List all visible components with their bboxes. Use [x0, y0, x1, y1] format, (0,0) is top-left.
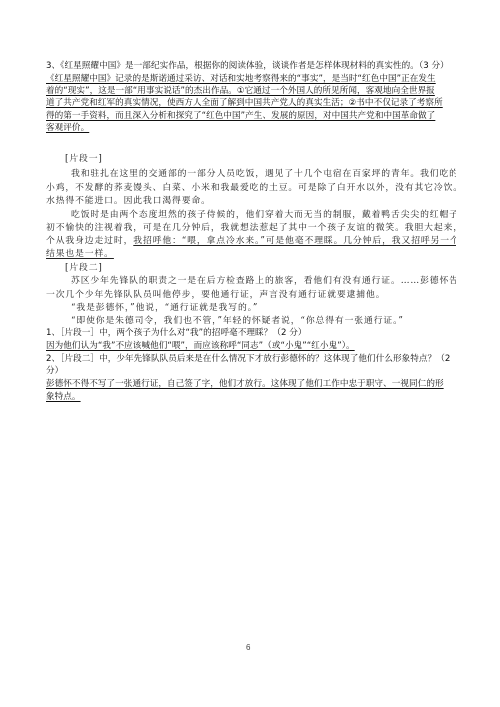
excerpt-2-line: 一次几个少年先锋队队员叫他停步，要他通行证，声言没有通行证就要逮捕他。 [46, 289, 456, 301]
excerpt-1-line: 水热得不能进口。因此我口渴得要命。 [46, 195, 456, 207]
excerpt-2-line: “即使你是朱德司令，我们也不管，”年轻的怀疑者说，“你总得有一张通行证。” [71, 315, 456, 327]
question-2-prompt-cont: 分） [46, 365, 456, 377]
excerpt-1-line: 吃饭时是由两个态度坦然的孩子侍候的，他们穿着大而无当的制服，戴着鸭舌尖尖的红帽子… [71, 209, 456, 221]
question-3-answer-line: 得的第一手资料，而且深入分析和探究了“红色中国”产生、发展的原因，对中国共产党和… [46, 110, 456, 122]
excerpt-1-line: 初不愉快的注视着我，可是在几分钟后，我就想法惹起了其中一个孩子友谊的微笑。我胆大… [46, 222, 456, 234]
question-2-answer-cont: 象特点。 [46, 391, 456, 403]
document-page: 3、《红星照耀中国》是一部纪实作品，根据你的阅读体验，谈谈作者是怎样体现材料的真… [0, 0, 500, 707]
excerpt-1-line: 小鸡，不发酵的荞麦馒头、白菜、小米和我最爱吃的土豆。可是除了白开水以外，没有其它… [46, 182, 456, 194]
excerpt-1-line: 我和驻扎在这里的交通部的一部分人员吃饭，遇见了十几个屯宿在百家坪的青年。我们吃的… [71, 168, 456, 180]
question-2-prompt: 2、［片段二］中，少年先锋队队员后来是在什么情况下才放行彭德怀的？这体现了他们什… [46, 353, 456, 365]
excerpt-2-line: 苏区少年先锋队的职责之一是在后方检查路上的旅客，看他们有没有通行证。……彭德怀告… [71, 275, 456, 287]
question-3-prompt: 3、《红星照耀中国》是一部纪实作品，根据你的阅读体验，谈谈作者是怎样体现材料的真… [46, 60, 456, 72]
question-3-answer-line: 着的“现实”，这是一部“用事实说话”的杰出作品。①它通过一个外国人的所见所闻，客… [46, 85, 456, 97]
question-3-answer-line: 《红星照耀中国》记录的是斯诺通过采访、对话和实地考察得来的“事实”，是当时“红色… [46, 73, 456, 85]
question-2-answer: 彭德怀不得不写了一张通行证，自己签了字，他们才放行。这体现了他们工作中忠于职守、… [46, 378, 456, 390]
question-3-answer-line: 客观评价。 [46, 122, 456, 134]
excerpt-2-line: “我是彭德怀，”他说，“通行证就是我写的。” [71, 302, 456, 314]
excerpt-1-line: 结果也是一样。 [46, 248, 456, 260]
excerpt-1-line-6-underlined: 我招呼他：“喂，拿点冷水来。”可是他毫不理睬。几分钟后，我又招呼另一个孩子， [133, 236, 456, 246]
excerpt-1-line-6-plain: 个从我身边走过时， [46, 236, 133, 246]
excerpt-2-label: [片段二] [65, 262, 475, 274]
page-number: 6 [246, 643, 250, 652]
excerpt-1-label: [片段一] [65, 153, 475, 165]
excerpt-1-line-6: 个从我身边走过时，我招呼他：“喂，拿点冷水来。”可是他毫不理睬。几分钟后，我又招… [46, 235, 456, 247]
question-3-answer-line: 道了共产党和红军的真实情况，使西方人全面了解到中国共产党人的真实生活；②书中不仅… [46, 97, 456, 109]
question-1-answer: 因为他们认为“我”不应该喊他们“喂”，而应该称呼“同志”（或“小鬼”“红小鬼”）… [46, 340, 456, 352]
question-1-prompt: 1、［片段一］中，两个孩子为什么对“我”的招呼毫不理睬？（2 分） [46, 327, 456, 339]
